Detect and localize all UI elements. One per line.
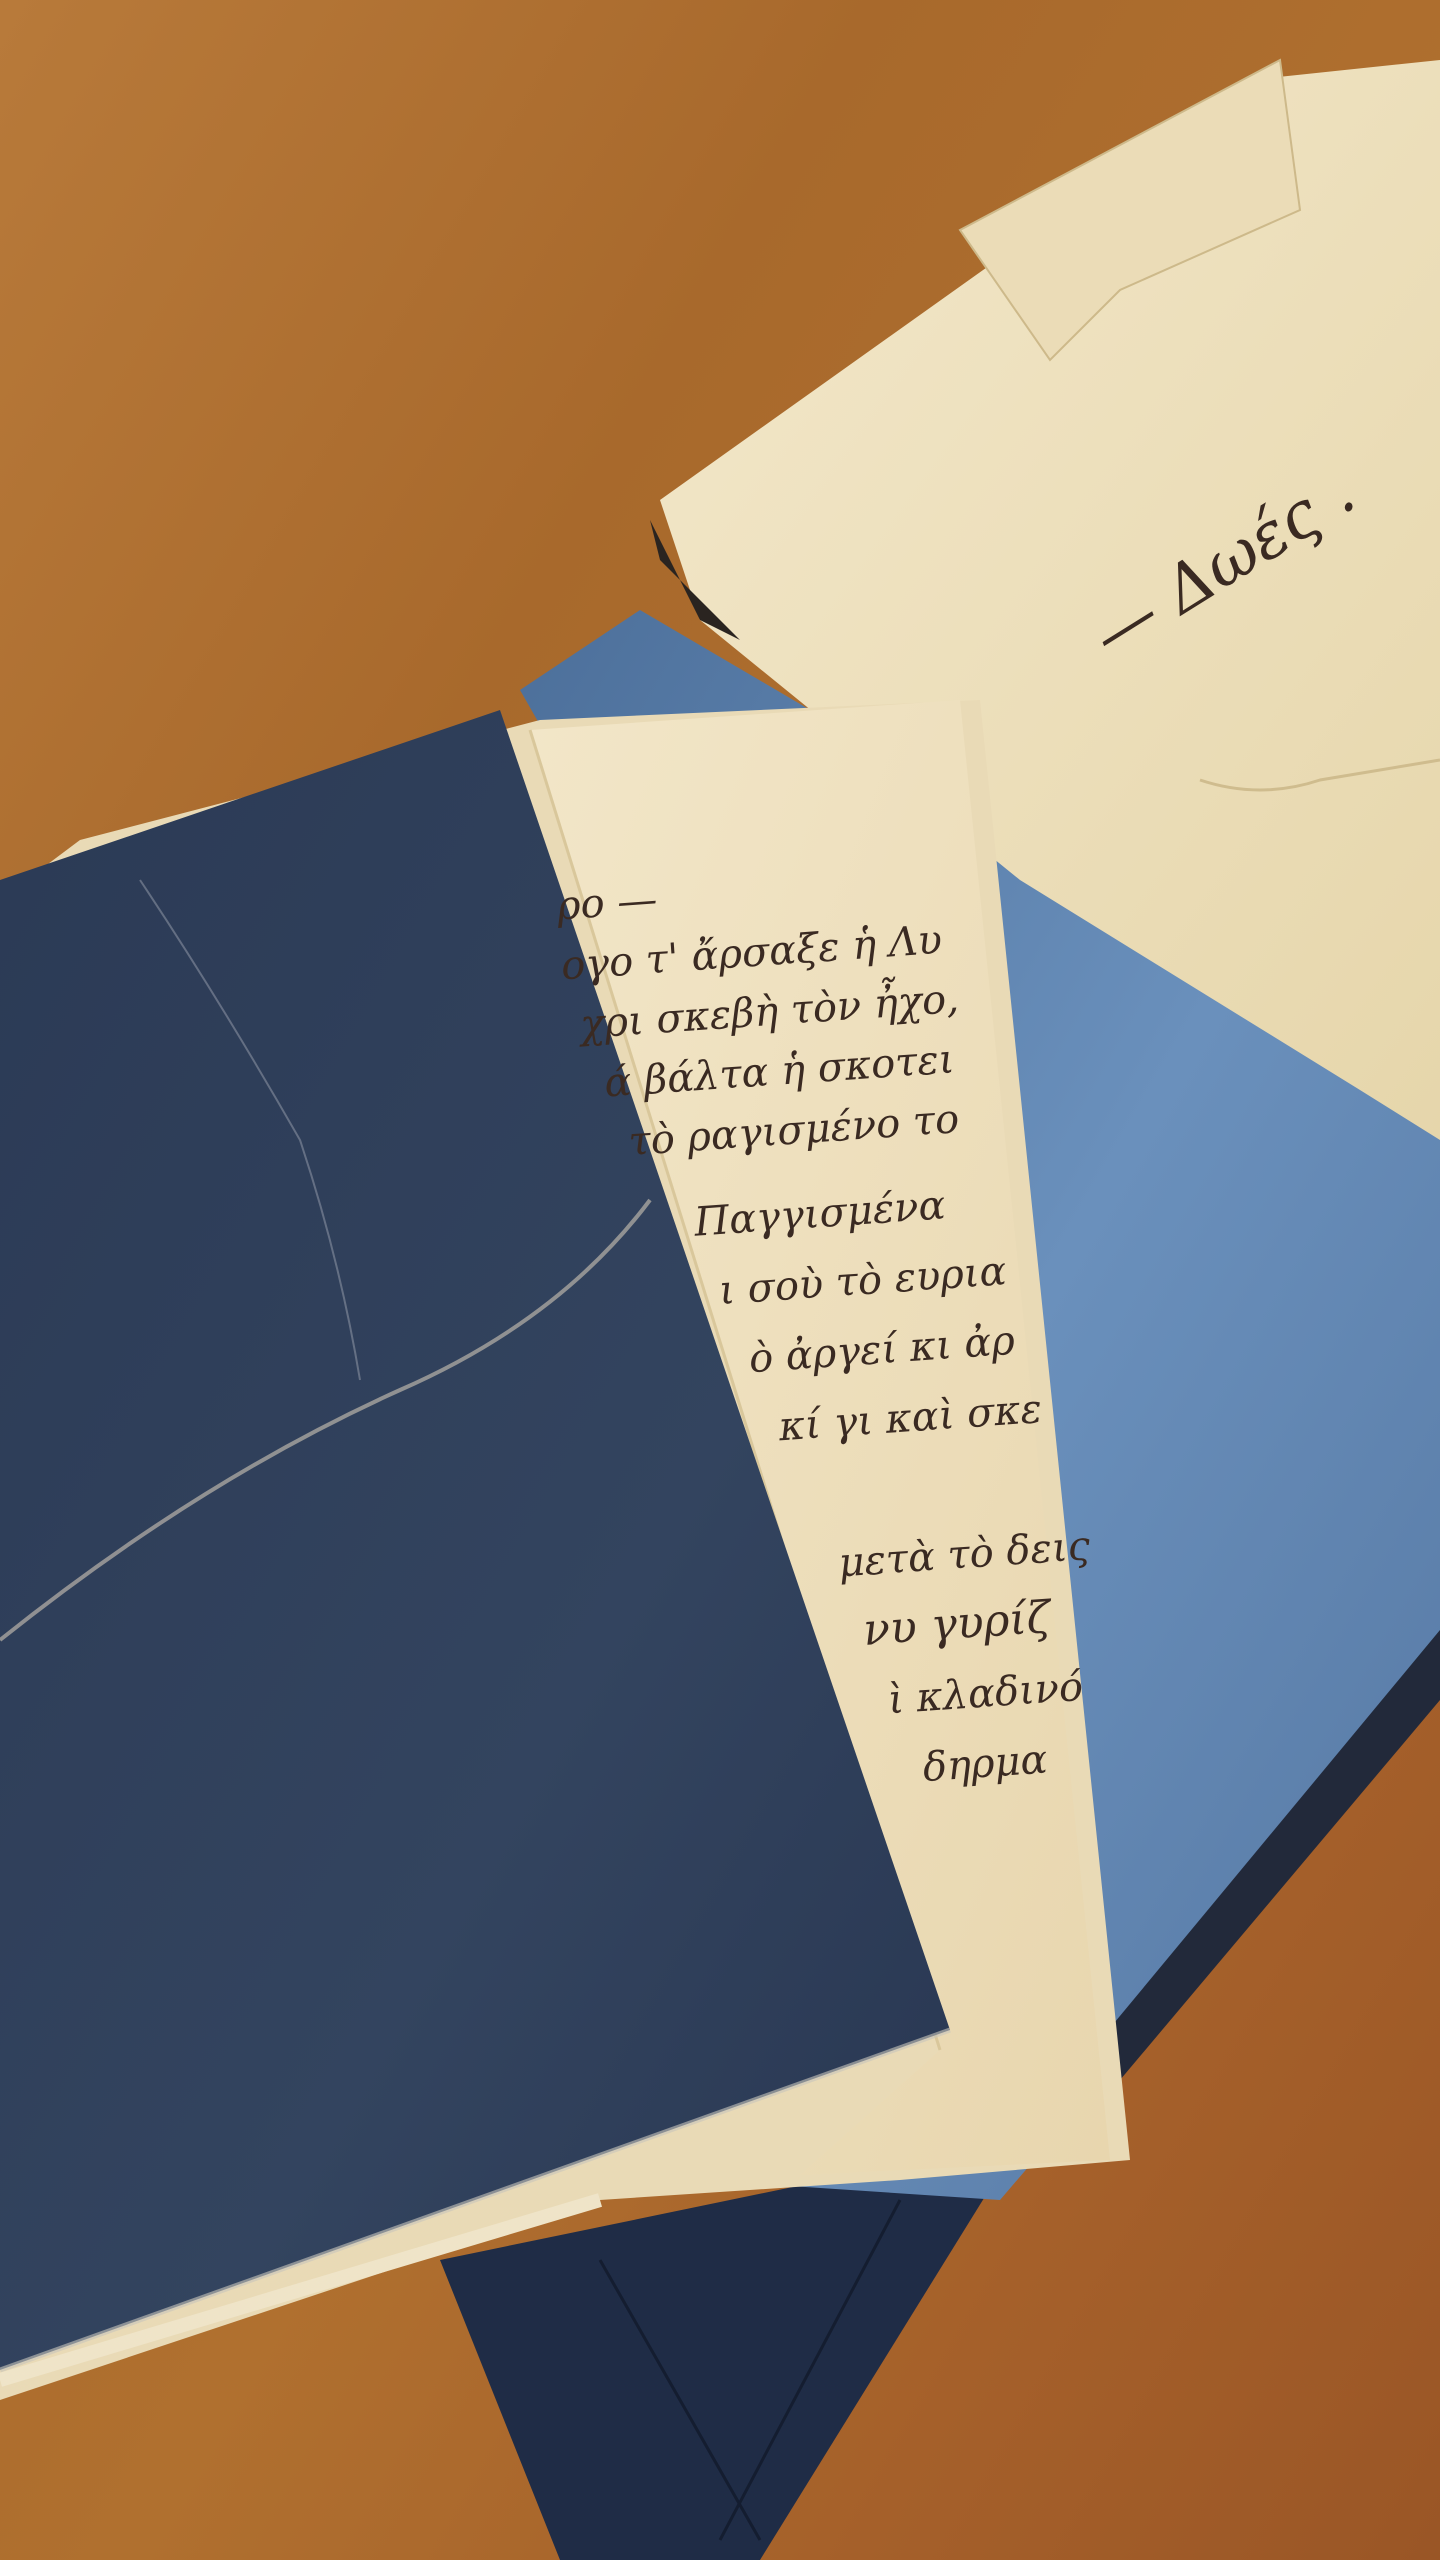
line: ά βάλτα ἡ σκοτει <box>603 1036 956 1106</box>
line: δηρμα <box>921 1737 1048 1792</box>
line: τὸ ραγισμένο το <box>627 1096 961 1165</box>
line: ογο τ' ἄρσαξε ἡ Λυ <box>560 917 944 990</box>
line: νυ γυρίζ <box>861 1592 1055 1656</box>
line: κί γι καὶ σκε <box>776 1386 1043 1450</box>
manuscript-lines: ρο — ογο τ' ἄρσαξε ἡ Λυ χρι σκεβὴ τὸν ἦχ… <box>554 850 1106 1813</box>
line: ὶ κλαδινό <box>887 1664 1085 1724</box>
line: Παγγισμένα <box>692 1182 947 1246</box>
line: ρο — <box>554 877 658 930</box>
line: μετὰ τὸ δεις <box>837 1523 1092 1586</box>
manuscript-text: ρο — ογο τ' ἄρσαξε ἡ Λυ χρι σκεβὴ τὸν ἦχ… <box>0 0 1440 2560</box>
line: ι σοὺ τὸ ευρια <box>718 1248 1008 1314</box>
line: ὸ ἀργεί κι ἀρ <box>747 1318 1016 1382</box>
